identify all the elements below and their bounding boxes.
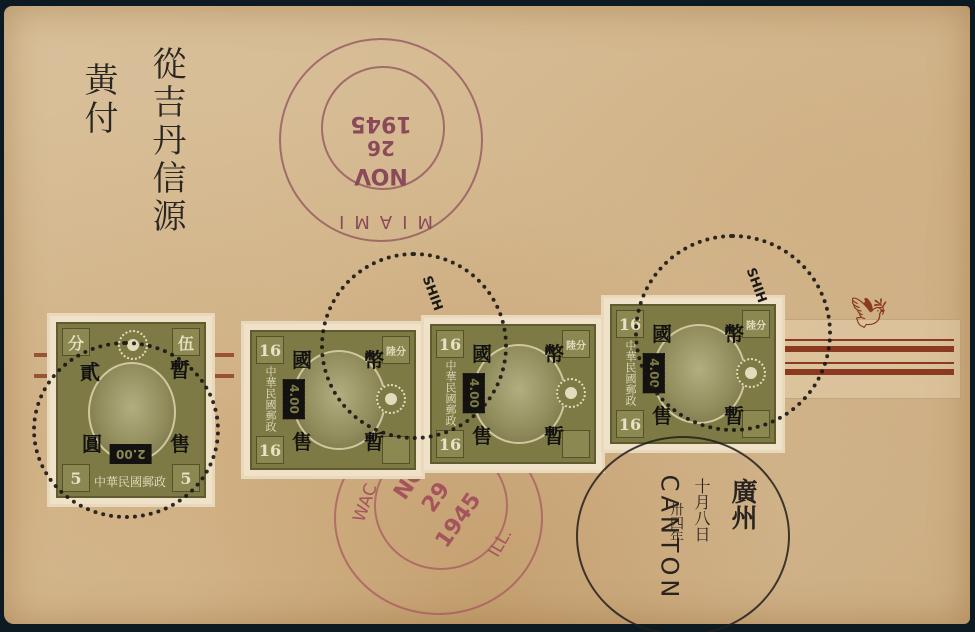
surcharge-char: 售 bbox=[472, 420, 492, 449]
stamp-inscription: 中華民國郵政 bbox=[262, 366, 278, 432]
canton-date: 十月八日 bbox=[690, 478, 713, 542]
stamp-corner bbox=[562, 430, 590, 458]
stamp-value: 16 bbox=[616, 410, 644, 438]
sun-emblem-icon bbox=[556, 378, 586, 408]
handwriting-left: 黃付 bbox=[76, 62, 120, 138]
handwriting-right: 從吉丹信源 bbox=[144, 46, 188, 236]
canton-year: 卅四年 bbox=[666, 502, 686, 544]
cancel-right-text: SHIH bbox=[743, 266, 769, 305]
surcharge-char: 國 bbox=[292, 344, 312, 373]
cancel-center-text: SHIH bbox=[419, 274, 445, 313]
cancel-right: SHIH bbox=[634, 234, 832, 432]
miami-day: 26 bbox=[281, 136, 481, 160]
stamp-value: 16 bbox=[256, 436, 284, 464]
flying-goose-icon: 🕊 bbox=[850, 296, 888, 331]
surcharge-char: 暫 bbox=[544, 420, 564, 449]
stamp-corner: 陸分 bbox=[562, 330, 590, 358]
postal-cover: 從吉丹信源 黃付 NOV 26 1945 MIAMI 🕊 🕊 WAC ILL. … bbox=[4, 6, 970, 624]
canton-postmark: CANTON 廣州 十月八日 卅四年 bbox=[576, 436, 790, 632]
stamp-corner bbox=[382, 436, 410, 464]
stamp-value: 16 bbox=[256, 336, 284, 364]
miami-city: MIAMI bbox=[281, 211, 481, 232]
canton-city-zh: 廣州 bbox=[724, 478, 761, 530]
surcharge-char: 售 bbox=[292, 426, 312, 455]
miami-year: 1945 bbox=[281, 111, 481, 136]
cancel-left bbox=[32, 341, 220, 519]
miami-postmark: NOV 26 1945 MIAMI bbox=[279, 38, 483, 242]
stamp-corner: 伍 bbox=[172, 328, 200, 356]
surcharge-value: 4.00 bbox=[283, 379, 305, 419]
cancel-center: SHIH bbox=[320, 252, 508, 440]
surcharge-char: 幣 bbox=[544, 338, 564, 367]
miami-month: NOV bbox=[281, 163, 481, 188]
